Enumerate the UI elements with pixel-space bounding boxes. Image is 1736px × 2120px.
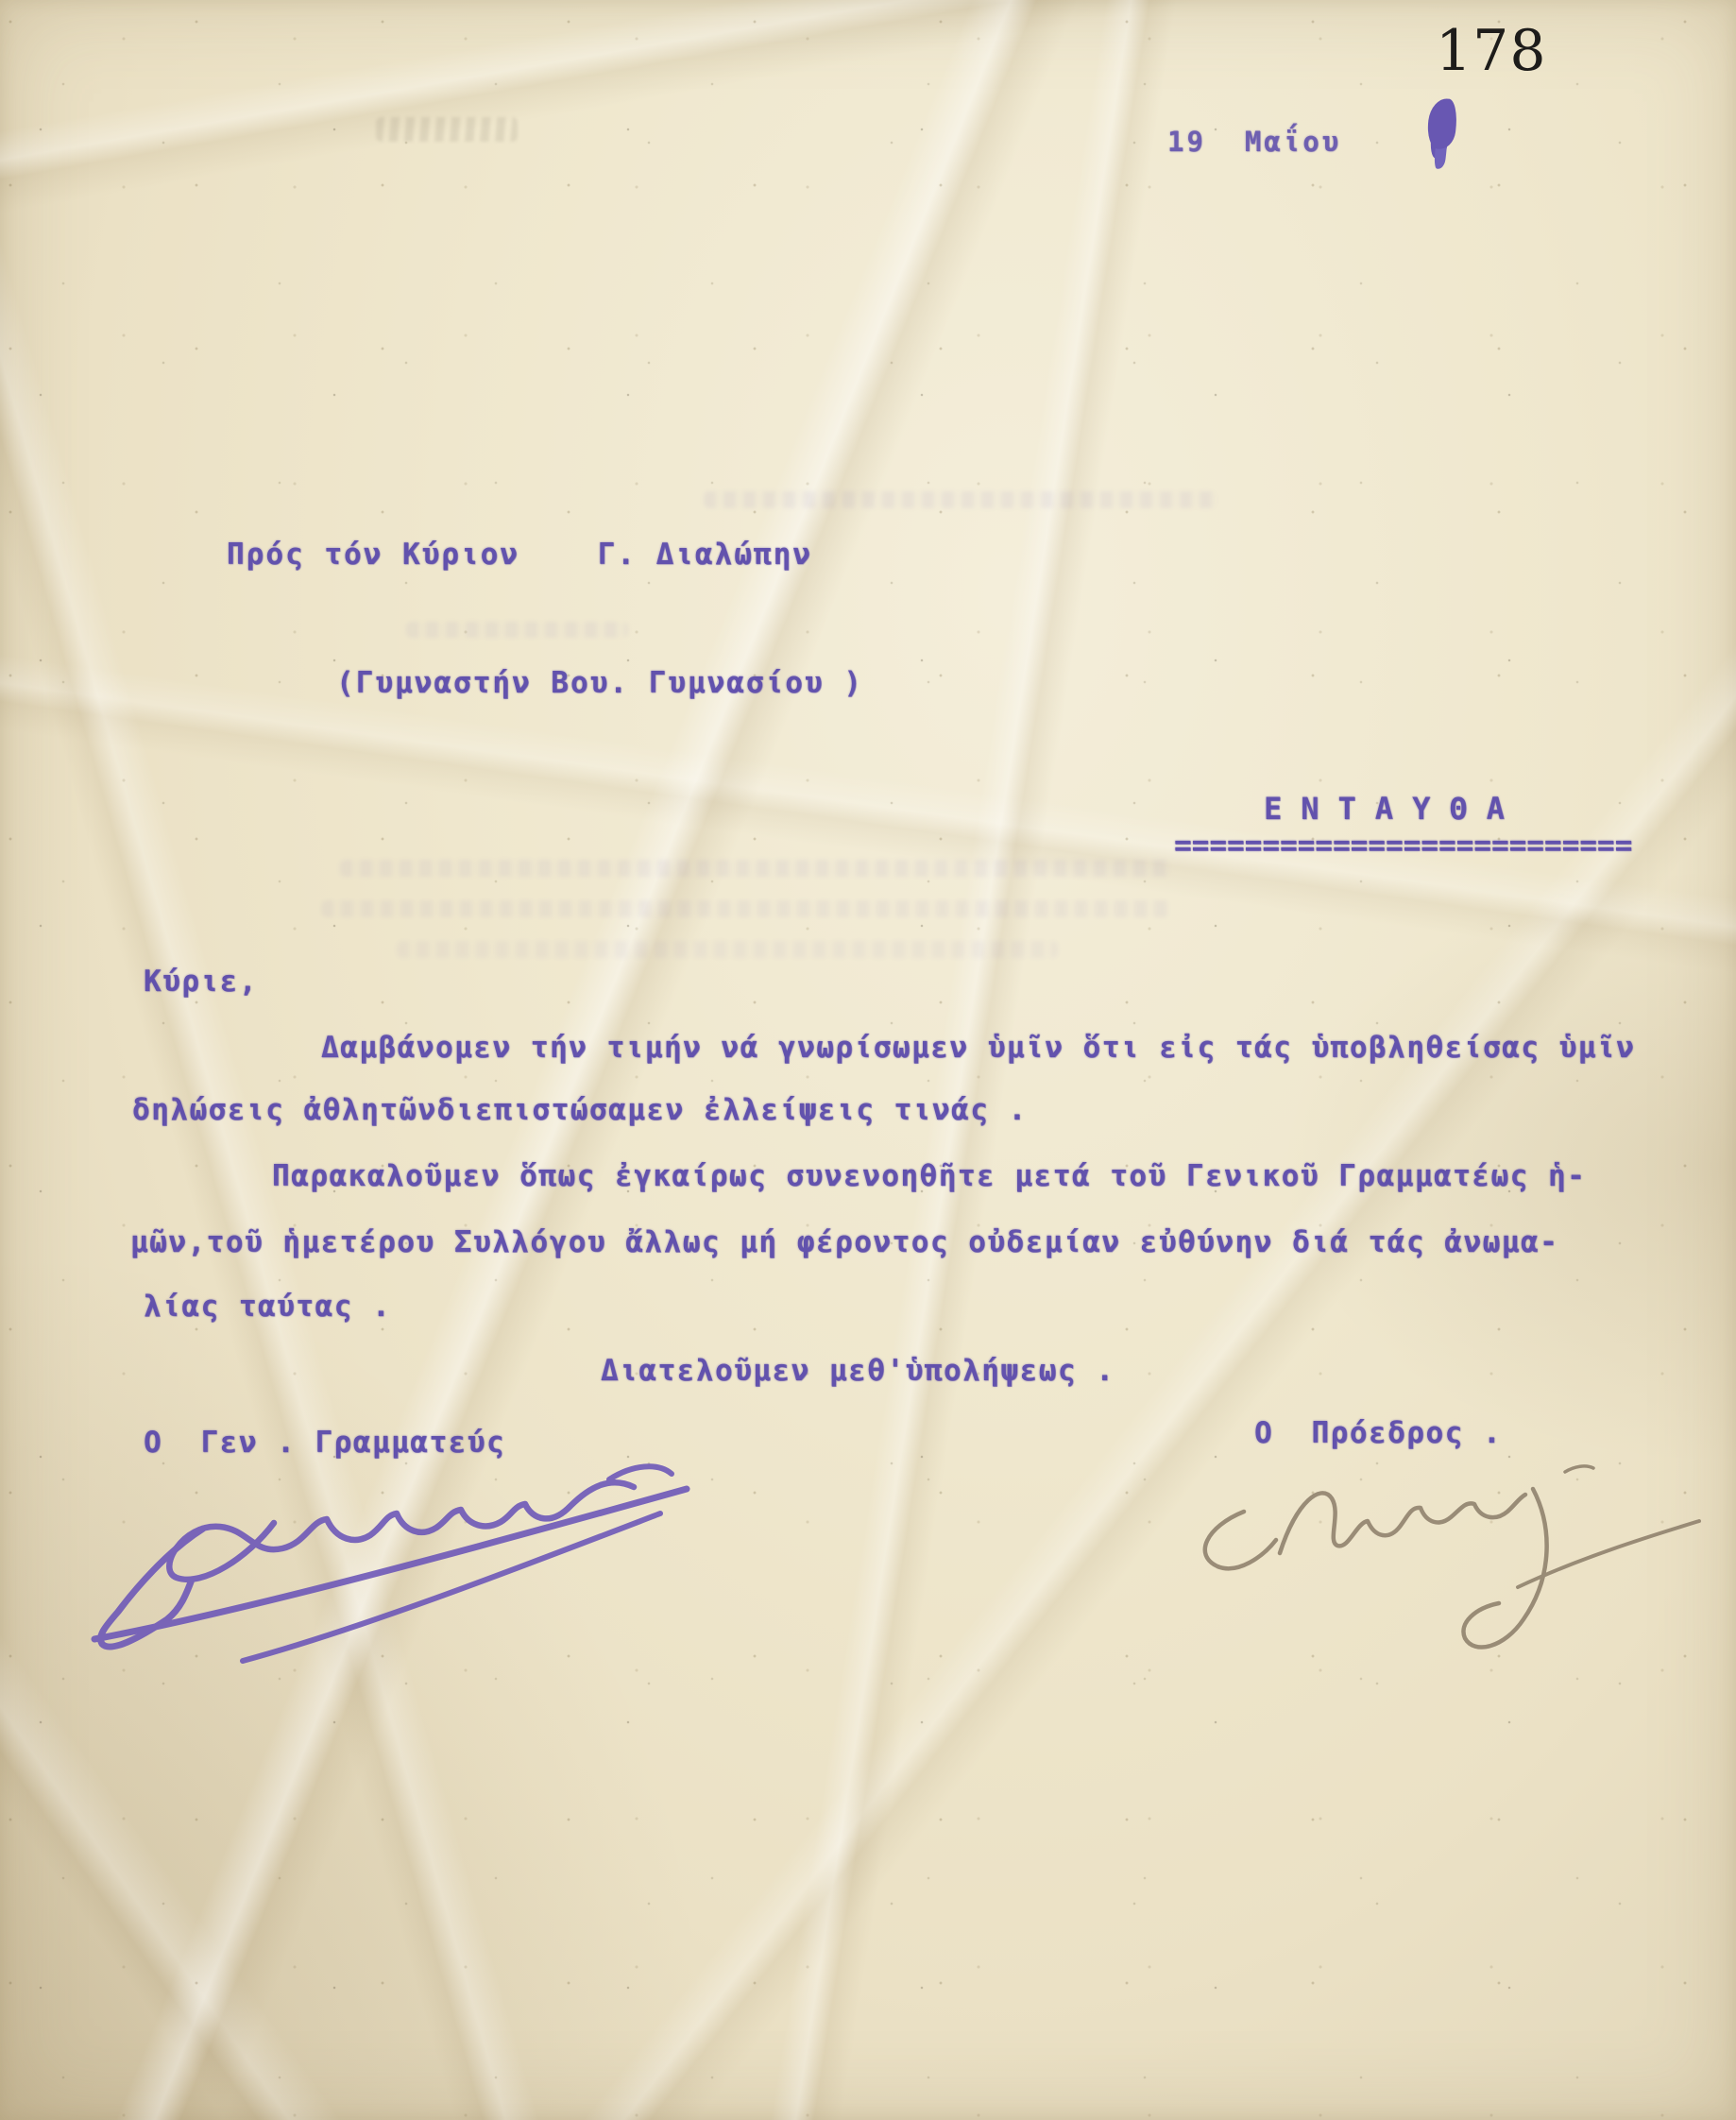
closing-line: Διατελοῦμεν μεθ'ὑπολήψεως . [601,1357,1115,1386]
addressee-line: Πρός τόν Κύριον Γ. Διαλώπην [227,540,812,570]
location-heading: ΕΝΤΑΥΘΑ [1264,794,1523,824]
ghost-imprint [704,491,1218,508]
ink-blot [1425,96,1459,150]
letter-page: 178 19 Μαΐου Πρός τόν Κύριον Γ. Διαλώπην… [0,0,1736,2120]
addressee-detail: (Γυμναστήν Βου. Γυμνασίου ) [336,669,863,698]
body-line: λίας ταύτας . [144,1292,391,1322]
body-line: μῶν,τοῦ ἡμετέρου Συλλόγου ἄλλως μή φέρον… [130,1228,1558,1257]
page-number: 178 [1436,23,1547,79]
ghost-imprint [340,860,1171,877]
location-underline: ========================== [1174,831,1632,861]
secretary-signature [80,1436,704,1663]
body-line: Δαμβάνομεν τήν τιμήν νά γνωρίσωμεν ὑμῖν … [321,1034,1635,1063]
ghost-imprint [406,622,628,638]
ghost-imprint [321,900,1171,917]
ghost-imprint [397,941,1058,958]
body-line: δηλώσεις ἀθλητῶνδιεπιστώσαμεν ἐλλείψεις … [132,1096,1028,1125]
salutation: Κύριε, [144,967,258,997]
faint-pencil-mark [376,117,518,142]
body-line: Παρακαλοῦμεν ὅπως ἐγκαίρως συνενοηθῆτε μ… [272,1162,1586,1191]
date-stamp: 19 Μαΐου [1167,128,1341,156]
president-signature [1185,1434,1714,1670]
